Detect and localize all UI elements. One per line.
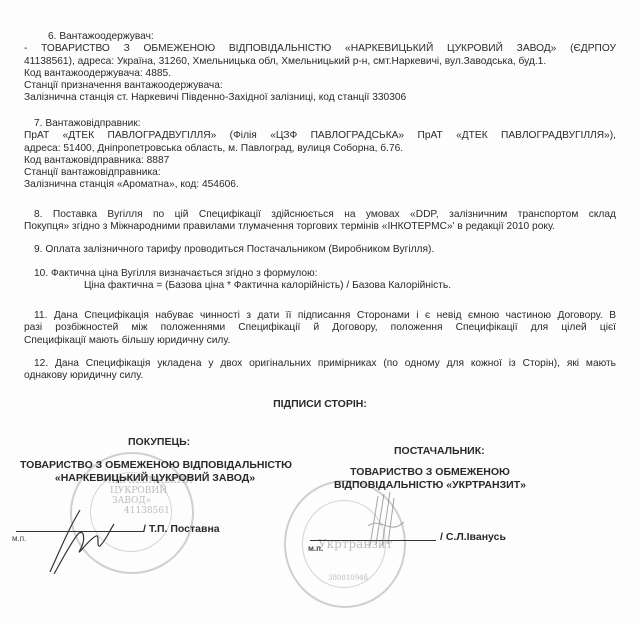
section-6-heading: 6. Вантажоодержувач: <box>24 31 616 43</box>
section-7-shipper: 7. Вантажовідправник: ПрАТ «ДТЕК ПАВЛОГР… <box>24 118 616 192</box>
section-6-line: - ТОВАРИСТВО З ОБМЕЖЕНОЮ ВІДПОВІДАЛЬНІСТ… <box>24 43 616 55</box>
section-10-formula: Ціна фактична = (Базова ціна * Фактична … <box>24 280 616 292</box>
buyer-signature-icon <box>40 500 120 580</box>
section-6-line: Станції призначення вантажоодержувача: <box>24 80 616 92</box>
section-7-line: Станції вантажовідправника: <box>24 167 616 179</box>
section-11-validity: 11. Дана Специфікація набуває чинності з… <box>24 310 616 347</box>
section-7-line: Залізнична станція «Ароматна», код: 4546… <box>24 179 616 191</box>
section-11-line: Специфікації мають більшу юридичну силу. <box>24 335 616 347</box>
section-9-text: 9. Оплата залізничного тарифу проводитьс… <box>24 244 616 256</box>
supplier-seal-place: м.п. <box>308 543 323 555</box>
buyer-seal-place: м.п. <box>12 533 26 545</box>
section-8-line: Покупця» згідно з Міжнародними правилами… <box>24 221 616 233</box>
signatures-title: ПІДПИСИ СТОРІН: <box>0 398 640 410</box>
supplier-signature-icon <box>360 486 410 556</box>
section-6-line: Залізнична станція ст. Наркевичі Південн… <box>24 92 616 104</box>
buyer-role: ПОКУПЕЦЬ: <box>128 436 190 448</box>
section-8-delivery-terms: 8. Поставка Вугілля по цій Специфікації … <box>24 209 616 234</box>
section-6-line: Код вантажоодержувача: 4885. <box>24 68 616 80</box>
section-10-price: 10. Фактична ціна Вугілля визначається з… <box>24 268 616 293</box>
supplier-role: ПОСТАЧАЛЬНИК: <box>394 445 485 457</box>
section-11-line: разі розбіжностей між положеннями Специф… <box>24 322 616 334</box>
section-7-heading: 7. Вантажовідправник: <box>24 118 616 130</box>
supplier-signatory: / С.Л.Іванусь <box>440 531 506 543</box>
buyer-signatory: / Т.П. Поставна <box>143 523 220 535</box>
section-11-line: 11. Дана Специфікація набуває чинності з… <box>24 310 616 322</box>
supplier-stamp-code: 38081094б <box>328 572 368 584</box>
buyer-company: ТОВАРИСТВО З ОБМЕЖЕНОЮ ВІДПОВІДАЛЬНІСТЮ … <box>20 459 290 484</box>
section-6-consignee: 6. Вантажоодержувач: - ТОВАРИСТВО З ОБМЕ… <box>24 31 616 105</box>
section-9-tariff: 9. Оплата залізничного тарифу проводитьс… <box>24 244 616 256</box>
section-12-line: 12. Дана Специфікація укладена у двох ор… <box>24 358 616 370</box>
section-8-line: 8. Поставка Вугілля по цій Специфікації … <box>24 209 616 221</box>
document-page: 6. Вантажоодержувач: - ТОВАРИСТВО З ОБМЕ… <box>0 0 640 625</box>
section-12-copies: 12. Дана Специфікація укладена у двох ор… <box>24 358 616 383</box>
section-7-line: адреса: 51400, Дніпропетровська область,… <box>24 143 616 155</box>
section-7-line: ПрАТ «ДТЕК ПАВЛОГРАДВУГІЛЛЯ» (Філія «ЦЗФ… <box>24 130 616 142</box>
section-10-text: 10. Фактична ціна Вугілля визначається з… <box>24 268 616 280</box>
section-12-line: однакову юридичну силу. <box>24 370 616 382</box>
section-6-line: 41138561), адреса: Україна, 31260, Хмель… <box>24 56 616 68</box>
section-7-line: Код вантажовідправника: 8887 <box>24 155 616 167</box>
